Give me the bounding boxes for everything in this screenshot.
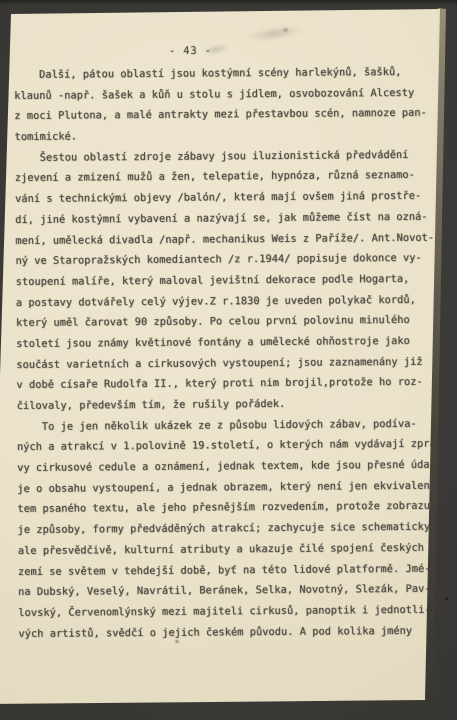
text-line: z moci Plutona, a malé antrakty mezi pře… — [14, 103, 440, 127]
text-line: Další, pátou oblastí jsou kostýmní scény… — [14, 62, 440, 86]
book-page: - 43 - Další, pátou oblastí jsou kostýmn… — [0, 0, 457, 720]
text-line: ale přesvědčivě, kulturní atributy a uka… — [18, 537, 444, 561]
smudge-mark — [282, 27, 289, 33]
text-line: vých artistů, svědčí o jejich českém pův… — [18, 620, 444, 644]
text-line: lovský, Červenomlýnský mezi majiteli cir… — [18, 600, 444, 624]
text-line: dí, jiné kostýmní vybavení a nazývají se… — [15, 206, 441, 230]
text-line: v době císaře Rudolfa II., který proti n… — [16, 372, 442, 396]
typewritten-text: Další, pátou oblastí jsou kostýmní scény… — [14, 62, 445, 645]
text-line: stoupení malíře, který maloval jevištní … — [16, 269, 442, 293]
scanned-page-photo: - 43 - Další, pátou oblastí jsou kostýmn… — [0, 0, 457, 720]
text-line: století jsou známy květinové fontány a u… — [16, 331, 442, 355]
ink-speck — [445, 597, 448, 600]
smudge-mark — [245, 23, 304, 44]
